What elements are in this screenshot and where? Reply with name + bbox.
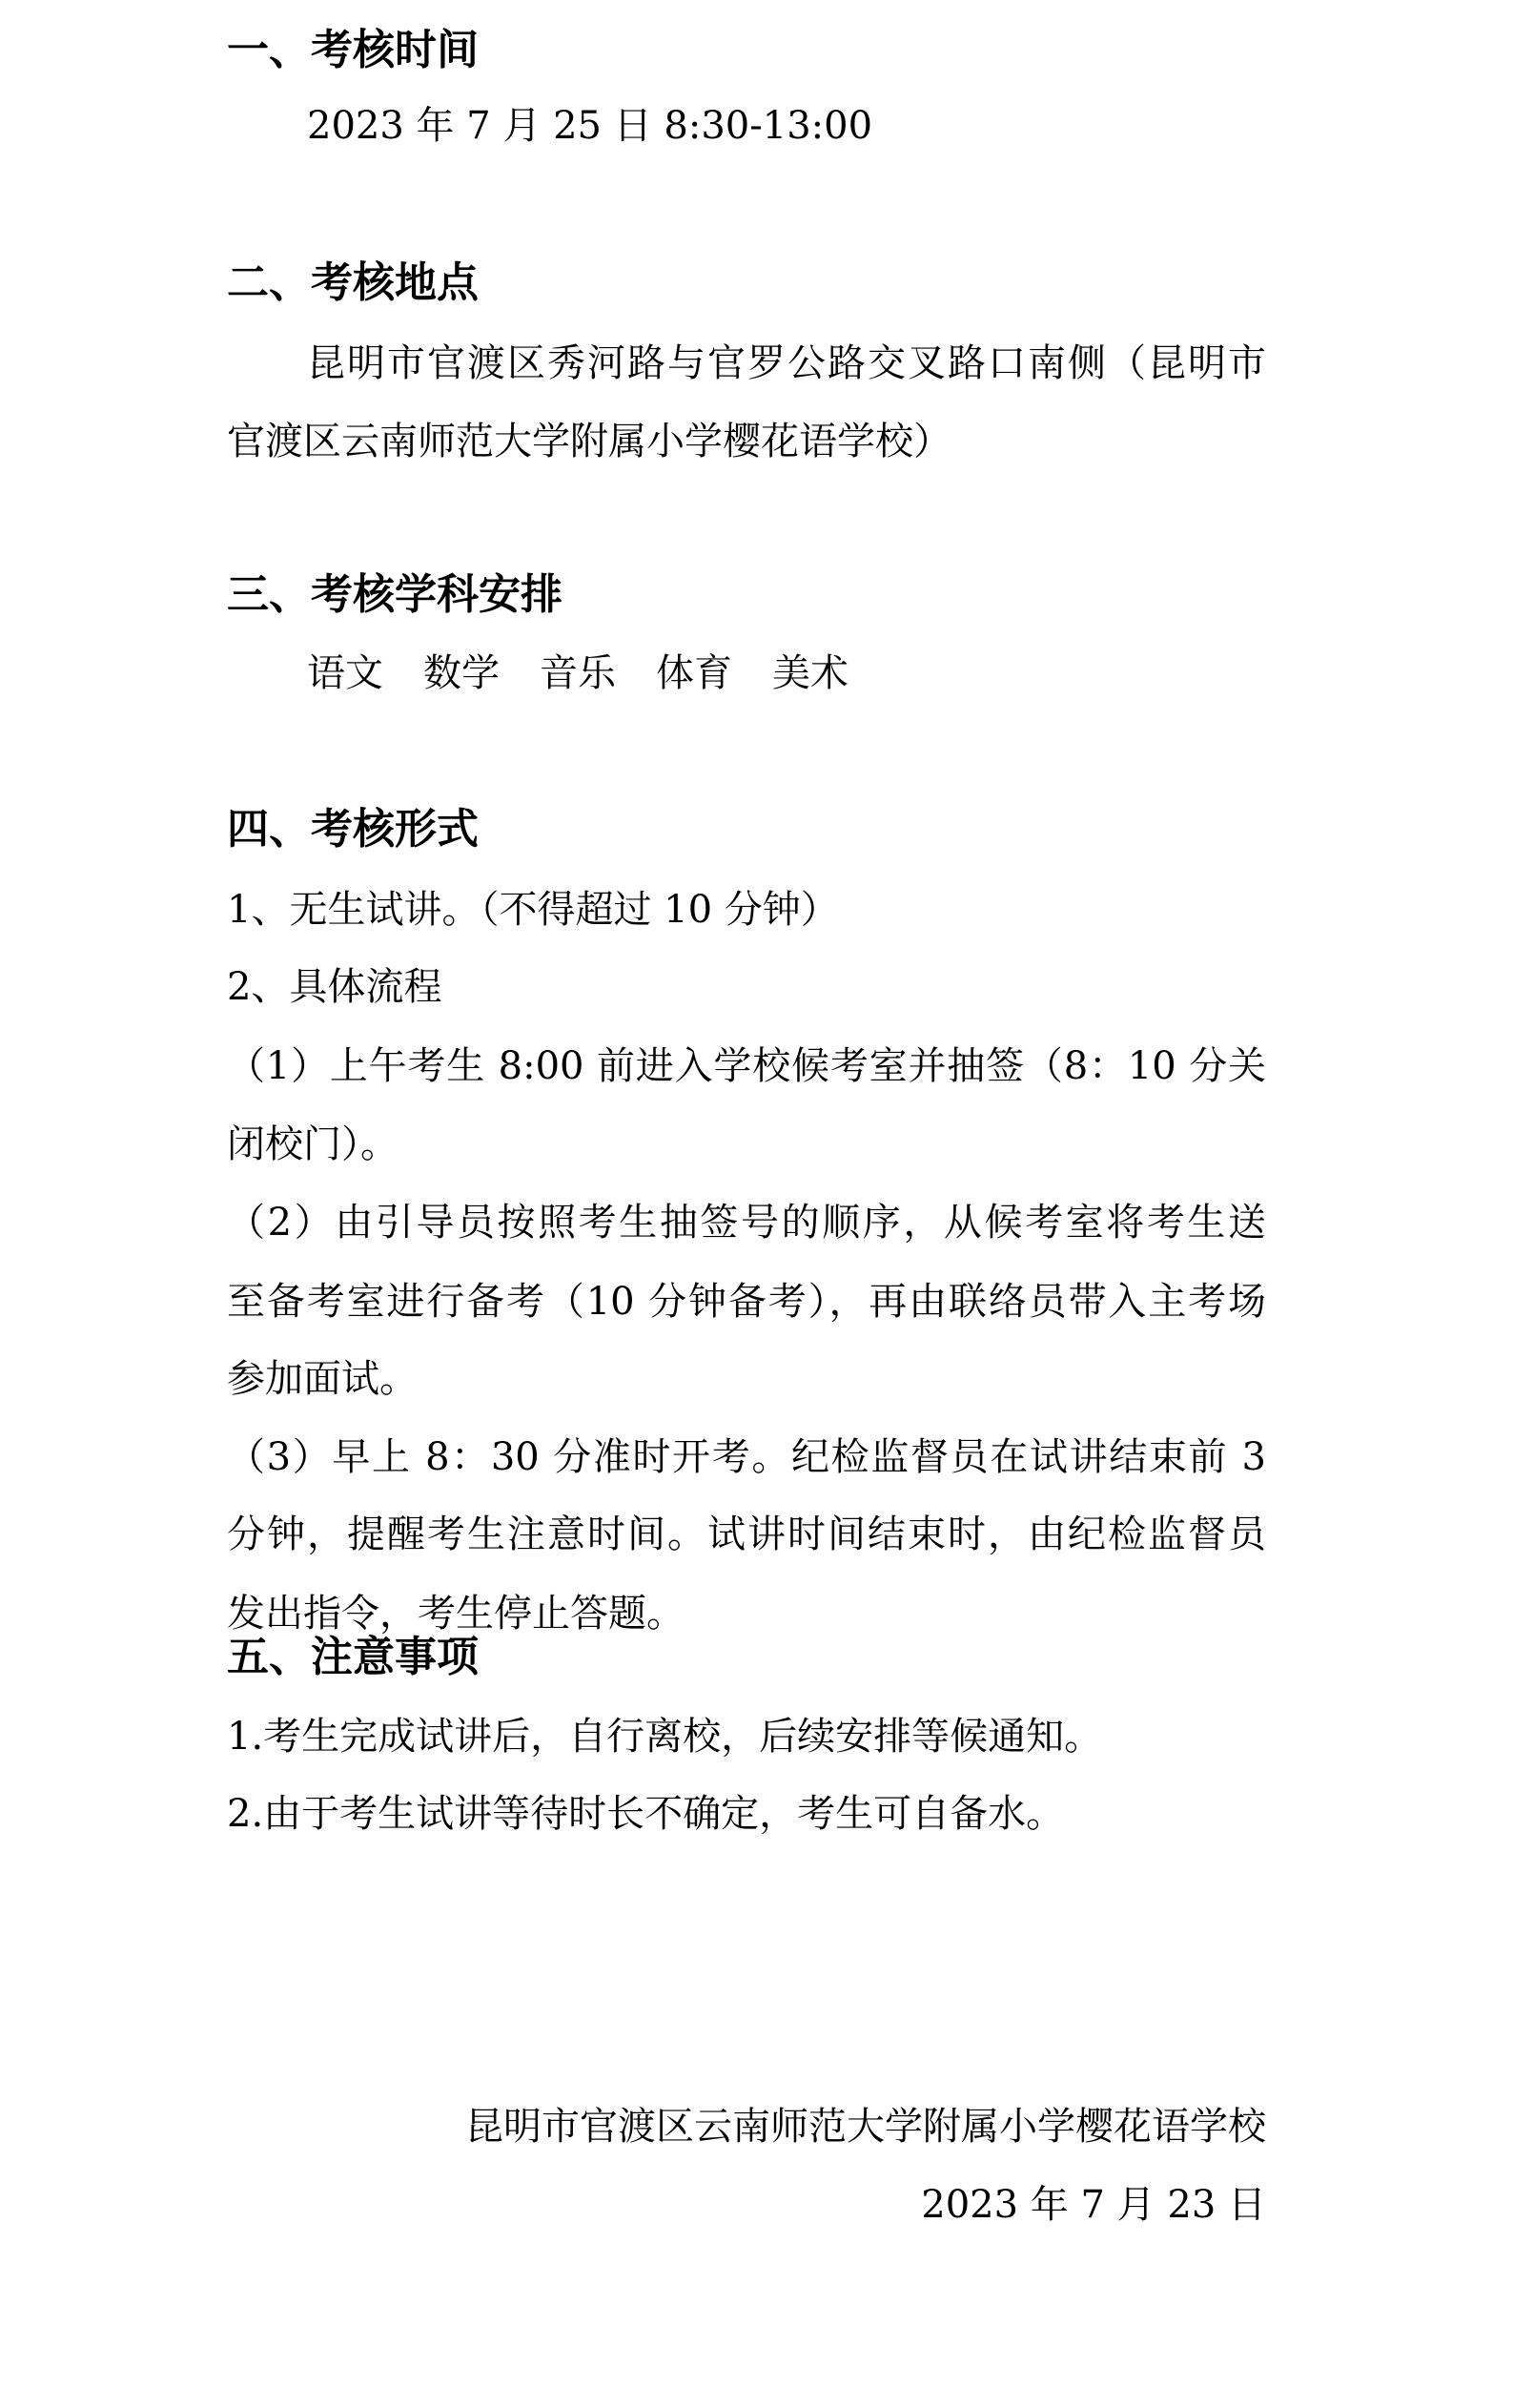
format-line: （1）上午考生 8:00 前进入学校候考室并抽签（8：10 分关 xyxy=(227,1042,1266,1090)
section-heading-location: 二、考核地点 xyxy=(227,257,479,309)
section-heading-notes: 五、注意事项 xyxy=(227,1632,479,1683)
location-line-2: 官渡区云南师范大学附属小学樱花语学校） xyxy=(227,418,951,465)
note-line: 2.由于考生试讲等待时长不确定，考生可自备水。 xyxy=(227,1790,1064,1838)
document-page: 一、考核时间 2023 年 7 月 25 日 8:30-13:00 二、考核地点… xyxy=(0,0,1513,2408)
subject-item: 语文 xyxy=(307,649,383,697)
section-heading-time: 一、考核时间 xyxy=(227,25,479,76)
exam-datetime: 2023 年 7 月 25 日 8:30-13:00 xyxy=(307,102,872,150)
format-line: 1、无生试讲。（不得超过 10 分钟） xyxy=(227,886,839,934)
subject-item: 体育 xyxy=(656,649,732,697)
format-line: （2）由引导员按照考生抽签号的顺序，从候考室将考生送 xyxy=(227,1199,1266,1246)
note-line: 1.考生完成试讲后，自行离校，后续安排等候通知。 xyxy=(227,1713,1102,1760)
format-line: 闭校门）。 xyxy=(227,1121,399,1168)
section-heading-format: 四、考核形式 xyxy=(227,804,479,855)
format-line: 发出指令，考生停止答题。 xyxy=(227,1590,685,1637)
subject-item: 音乐 xyxy=(540,649,616,697)
signature-org: 昆明市官渡区云南师范大学附属小学樱花语学校 xyxy=(465,2103,1266,2151)
format-line: 2、具体流程 xyxy=(227,963,441,1011)
subject-item: 美术 xyxy=(772,649,849,697)
format-line: （3）早上 8：30 分准时开考。纪检监督员在试讲结束前 3 xyxy=(227,1433,1266,1481)
format-line: 分钟，提醒考生注意时间。试讲时间结束时，由纪检监督员 xyxy=(227,1511,1266,1558)
format-line: 参加面试。 xyxy=(227,1355,418,1403)
subject-list: 语文数学音乐体育美术 xyxy=(307,649,889,697)
location-line-1: 昆明市官渡区秀河路与官罗公路交叉路口南侧（昆明市 xyxy=(307,340,1266,387)
format-line: 至备考室进行备考（10 分钟备考），再由联络员带入主考场 xyxy=(227,1278,1266,1326)
signature-date: 2023 年 7 月 23 日 xyxy=(921,2181,1266,2229)
subject-item: 数学 xyxy=(423,649,500,697)
section-heading-subjects: 三、考核学科安排 xyxy=(227,569,562,621)
